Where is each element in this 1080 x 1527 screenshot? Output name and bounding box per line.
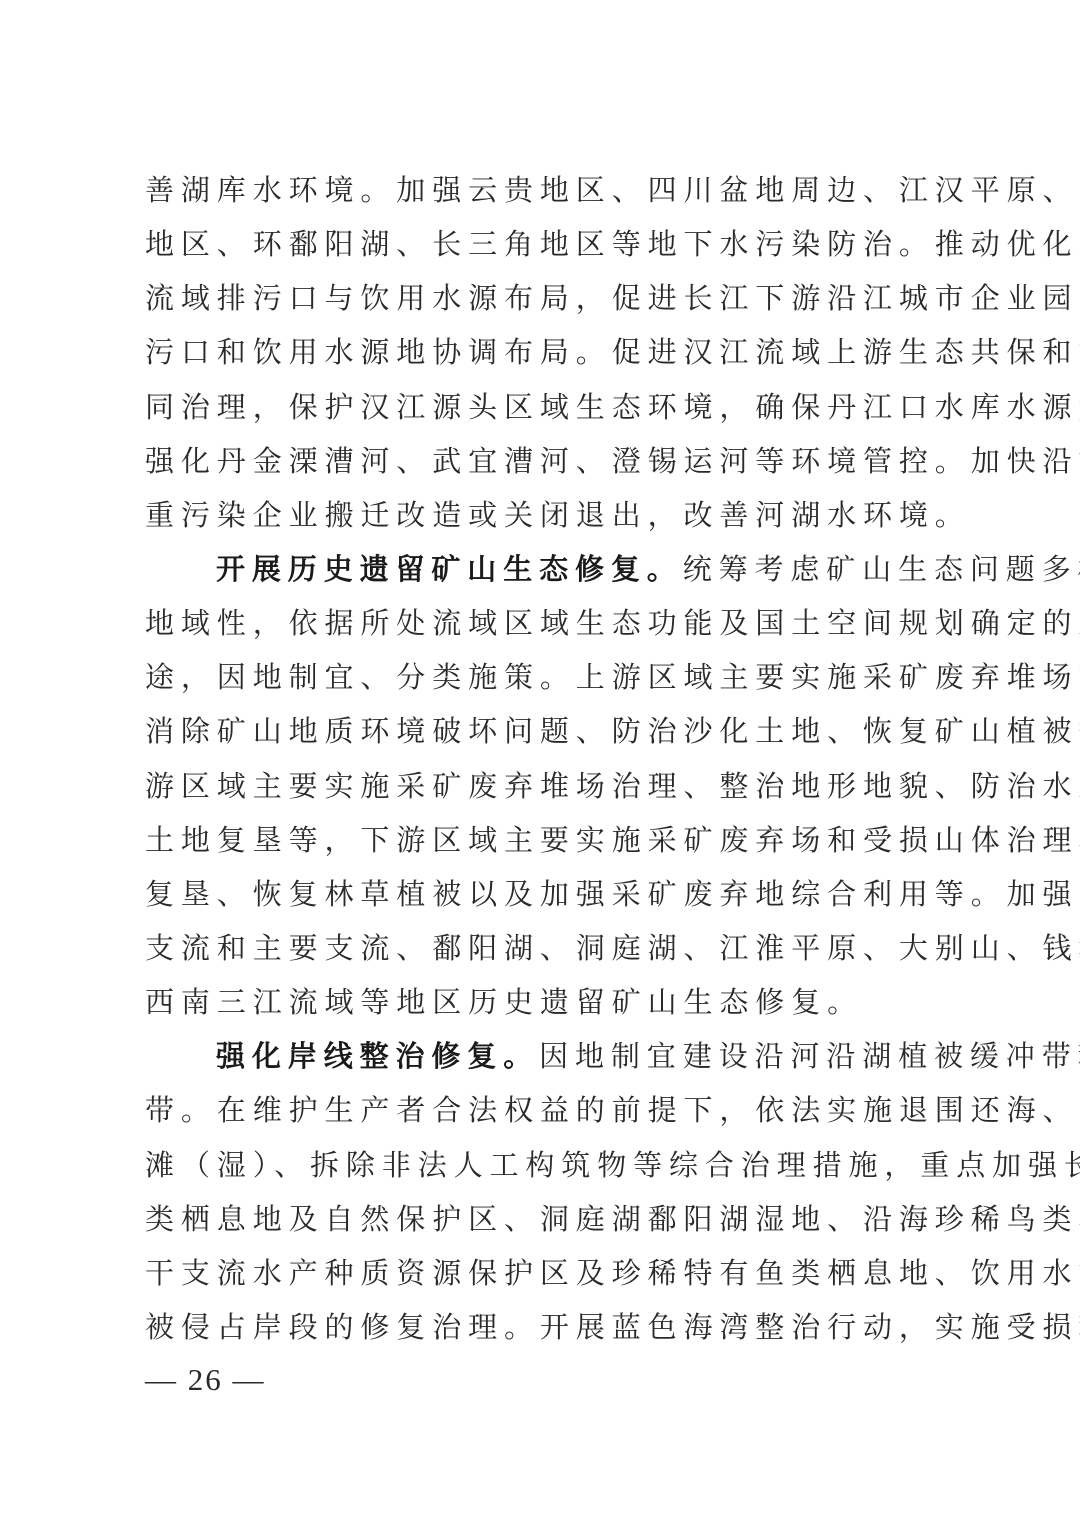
text-line: 西南三江流域等地区历史遗留矿山生态修复。	[145, 975, 937, 1029]
paragraph-shoreline-restoration: 强化岸线整治修复。因地制宜建设沿河沿湖植被缓冲带和隔离 带。在维护生产者合法权益…	[145, 1029, 937, 1354]
section-heading: 强化岸线整治修复。	[216, 1039, 539, 1073]
text-line: 被侵占岸段的修复治理。开展蓝色海湾整治行动，实施受损和退化	[145, 1300, 937, 1354]
text-line: 重污染企业搬迁改造或关闭退出，改善河湖水环境。	[145, 488, 937, 542]
text-line: 善湖库水环境。加强云贵地区、四川盆地周边、江汉平原、长株潭	[145, 163, 937, 217]
text-line: 支流和主要支流、鄱阳湖、洞庭湖、江淮平原、大别山、钱塘江、	[145, 921, 937, 975]
text-line: 干支流水产种质资源保护区及珍稀特有鱼类栖息地、饮用水源地等	[145, 1246, 937, 1300]
text-line: 滩（湿）、拆除非法人工构筑物等综合治理措施，重点加强长江豚	[145, 1138, 937, 1192]
text-line: 地区、环鄱阳湖、长三角地区等地下水污染防治。推动优化岷沱江	[145, 217, 937, 271]
text-run: 因地制宜建设沿河沿湖植被缓冲带和隔离	[539, 1039, 1080, 1073]
text-line: 同治理，保护汉江源头区域生态环境，确保丹江口水库水源安全。	[145, 380, 937, 434]
text-line: 类栖息地及自然保护区、洞庭湖鄱阳湖湿地、沿海珍稀鸟类、长江	[145, 1192, 937, 1246]
section-heading: 开展历史遗留矿山生态修复。	[216, 552, 683, 586]
text-line: 消除矿山地质环境破坏问题、防治沙化土地、恢复矿山植被等，中	[145, 704, 937, 758]
page-number: — 26 —	[145, 1362, 266, 1398]
text-line: 途，因地制宜、分类施策。上游区域主要实施采矿废弃堆场治理、	[145, 650, 937, 704]
paragraph-mine-restoration: 开展历史遗留矿山生态修复。统筹考虑矿山生态问题多样性和 地域性，依据所处流域区域…	[145, 542, 937, 1029]
paragraph-water-environment: 善湖库水环境。加强云贵地区、四川盆地周边、江汉平原、长株潭 地区、环鄱阳湖、长三…	[145, 163, 937, 542]
text-line: 污口和饮用水源地协调布局。促进汉江流域上游生态共保和污染协	[145, 325, 937, 379]
text-line: 带。在维护生产者合法权益的前提下，依法实施退围还海、退养还	[145, 1083, 937, 1137]
text-line: 流域排污口与饮用水源布局，促进长江下游沿江城市企业园区、排	[145, 271, 937, 325]
paragraph-first-line: 强化岸线整治修复。因地制宜建设沿河沿湖植被缓冲带和隔离	[145, 1029, 937, 1083]
text-line: 地域性，依据所处流域区域生态功能及国土空间规划确定的土地用	[145, 596, 937, 650]
text-line: 土地复垦等，下游区域主要实施采矿废弃场和受损山体治理、土地	[145, 813, 937, 867]
document-body: 善湖库水环境。加强云贵地区、四川盆地周边、江汉平原、长株潭 地区、环鄱阳湖、长三…	[145, 163, 937, 1354]
text-line: 强化丹金溧漕河、武宜漕河、澄锡运河等环境管控。加快沿江沿湖	[145, 434, 937, 488]
text-run: 统筹考虑矿山生态问题多样性和	[683, 552, 1080, 586]
paragraph-first-line: 开展历史遗留矿山生态修复。统筹考虑矿山生态问题多样性和	[145, 542, 937, 596]
text-line: 复垦、恢复林草植被以及加强采矿废弃地综合利用等。加强长江干	[145, 867, 937, 921]
text-line: 游区域主要实施采矿废弃堆场治理、整治地形地貌、防治水土流失、	[145, 759, 937, 813]
